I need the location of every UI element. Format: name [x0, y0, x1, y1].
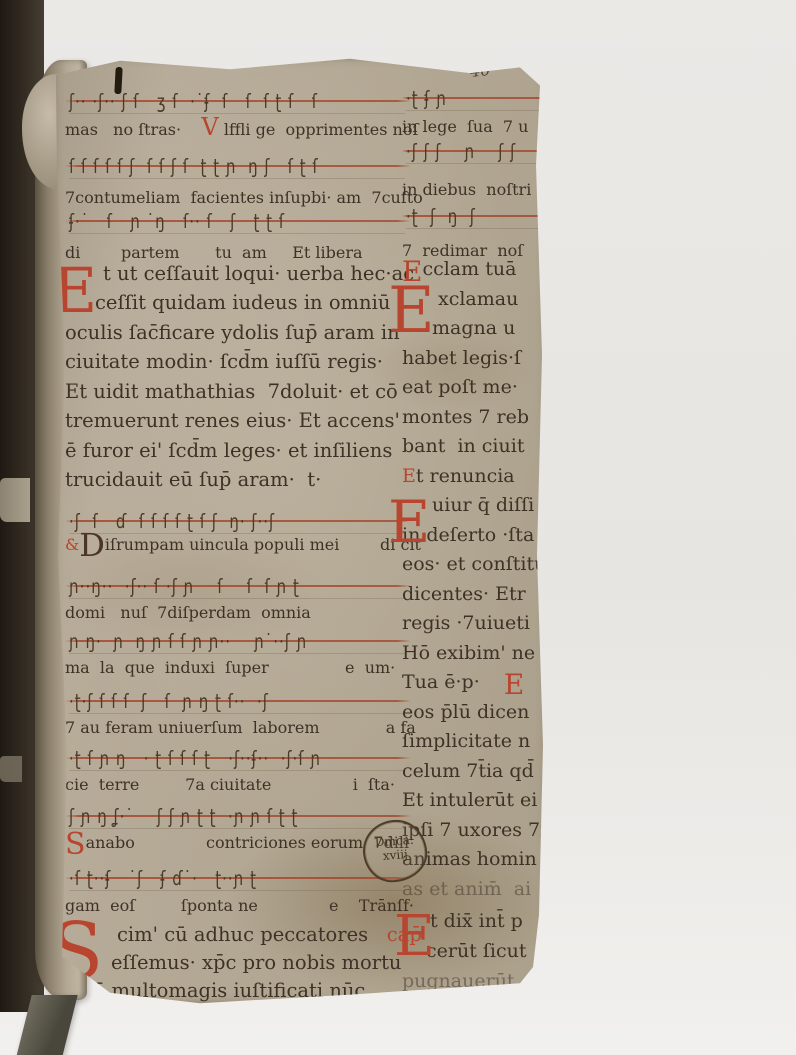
body-text: Et intulerūt ei	[402, 789, 537, 811]
body-text: xclamau	[438, 288, 518, 310]
chant-text-line: gam eoſ ſponta ne e Trānſf·	[65, 896, 413, 922]
music-line: ɲ··ŋ·· ·ʃ·· ſ ·ʃ ɲ ſ ſ ſ ɲ ʈ	[65, 561, 413, 605]
prose-line: eſſemus· xp̄c pro nobis mortu	[65, 951, 413, 981]
body-text: us ē multomagis iuſtificati nūc	[65, 979, 365, 1002]
body-text: montes 7 reb	[402, 406, 529, 428]
initial-letter-e: E	[388, 493, 430, 551]
body-text: t dix̄ int̄ p	[430, 910, 523, 932]
rubric-text: E	[402, 465, 416, 487]
body-text: eat poſt me·	[402, 376, 518, 398]
prose-line: ceſſit quidam iudeus in omniū	[65, 291, 413, 321]
body-text: regis ·7uiueti	[402, 612, 530, 634]
body-text: ma la que induxi ſuper e um·	[65, 658, 395, 677]
neumes: ·ʈ ſ ɲ ŋ · ʈ ſ ſ ſ ʈ ·ʃ··ʄ·· ·ʃ·ſ ɲ	[69, 747, 321, 770]
prose-line: ciuitate modin· ſcd̄m iuſſū regis·	[65, 350, 413, 380]
prose-line: regis ·7uiueti	[402, 612, 552, 642]
parchment-tab	[0, 756, 22, 782]
neumes: ·ʈ ʄ ɲ	[406, 87, 447, 110]
body-text: as et anim̄ ai	[402, 878, 531, 900]
neumes: ʄ·˙ ſ ɲ ˙ŋ ſ·· ſ ʃ ʈ ʈ ſ	[69, 210, 285, 233]
prose-line: eos· et conſtitu	[402, 553, 552, 583]
prose-line: montes 7 reb	[402, 406, 552, 436]
music-line: ·ʃ ſ ɗ ſ ſ ſ ſ ʈ ſ ʃ ŋ· ʃ··ʃ	[65, 496, 413, 540]
prose-line: tremuerunt renes eius· Et accens'	[65, 409, 413, 439]
initial-letter-e: E	[388, 279, 435, 343]
body-text: cerūt ſicut	[426, 940, 527, 962]
body-text: bant in ciuit	[402, 435, 524, 457]
body-text: cim' cū adhuc peccatores	[117, 923, 387, 946]
initial-letter-e: E	[394, 909, 435, 965]
body-text: t ut ceſſauit loqui· uerba hec·ac	[103, 262, 414, 285]
music-line: ·ʃ ʃ ʃ ɲ ʃ ʃ	[402, 126, 552, 170]
body-text: Et uidit mathathias 7doluit· et cō	[65, 380, 398, 403]
page-root: { "page": { "folio_number": "40", "stamp…	[0, 0, 796, 1055]
prose-line: t ut ceſſauit loqui· uerba hec·ac	[65, 262, 413, 292]
music-line: ſ ſ ſ ſ ſ ʃ ſ ſ ʃ ſ ʈ ʈ ɲ ŋ ʃ ſ ʈ ſ	[65, 141, 413, 185]
prose-line: Et intulerūt ei	[402, 789, 552, 819]
prose-line: bant in ciuit	[402, 435, 552, 465]
column-left: ʃ·· ·ʃ·· ʃ ſ ʒ ſ ·˙ʄ ſ ſ ſ ʈ ſ ſmas no ſ…	[65, 55, 413, 1007]
body-text: ſimplicitate n	[402, 730, 530, 752]
music-line: ·ʈ ʃ ŋ ʃ	[402, 191, 552, 235]
prose-line: celum 7t̄ia qd̄	[402, 760, 552, 790]
body-text: lffli ge opprimentes noſ	[219, 120, 419, 139]
neumes: ·ʃ ʃ ʃ ɲ ʃ ʃ	[406, 140, 516, 163]
body-text: pugnauerūt	[402, 970, 515, 992]
body-text: dicentes· Etr	[402, 583, 526, 605]
body-text: ipſi 7 uxores 7fi	[402, 819, 553, 841]
prose-line: ē furor ei' ſcd̄m leges· et inſiliens	[65, 439, 413, 469]
body-text: oculis ſac̄ficare ydolis ſup̄ aram in	[65, 321, 400, 344]
body-text: Hō exibim' ne	[402, 642, 535, 664]
body-text: di partem tu am Et libera	[65, 243, 363, 262]
music-line: ·ʈ·ʃ ſ ſ ſ ʃ ſ ɲ ŋ ʈ ſ·· ·ʃ	[65, 676, 413, 720]
neumes: ʃ·· ·ʃ·· ʃ ſ ʒ ſ ·˙ʄ ſ ſ ſ ʈ ſ ſ	[69, 90, 318, 113]
initial-letter: E	[504, 668, 524, 701]
body-text: magna u	[432, 317, 515, 339]
chant-text-line: mas no ſtras· V lffli ge opprimentes noſ	[65, 113, 413, 139]
body-text: eos· et conſtitu	[402, 553, 546, 575]
body-text: habet legis·ſ	[402, 347, 521, 369]
music-line: ·ſ ʈ··ʄ ˙ʃ ʄ ɗ˙· ʈ··ɲ ʈ	[65, 853, 413, 897]
body-text: t renuncia	[416, 465, 515, 487]
prose-line: Tua ē·p· E	[402, 671, 552, 701]
folio-number: 40	[469, 60, 491, 81]
rubric-text: V	[201, 113, 218, 141]
body-text: anabo contriciones eorum 7dili	[86, 833, 410, 852]
neumes: ·ʈ ʃ ŋ ʃ	[406, 205, 476, 228]
prose-line: us ē multomagis iuſtificati nūc	[65, 979, 413, 1009]
body-text: eſſemus· xp̄c pro nobis mortu	[111, 951, 401, 974]
manuscript-leaf: 40 ʃ·· ·ʃ·· ʃ ſ ʒ ſ ·˙ʄ ſ ſ ſ ʈ ſ ſmas n…	[50, 55, 550, 1007]
neumes: ·ſ ʈ··ʄ ˙ʃ ʄ ɗ˙· ʈ··ɲ ʈ	[69, 867, 257, 890]
body-text: trucidauit eū ſup̄ aram· t·	[65, 468, 321, 491]
music-line: ɲ ŋ· ɲ ŋ ɲ ſ ſ ɲ ɲ·· ɲ˙··ʃ ɲ	[65, 616, 413, 660]
prose-line: oculis ſac̄ficare ydolis ſup̄ aram in	[65, 321, 413, 351]
prose-line: Et uidit mathathias 7doluit· et cō	[65, 380, 413, 410]
body-text: cclam tuā	[422, 258, 516, 280]
prose-line: pugnauerūt	[402, 970, 552, 1000]
prose-line: eos p̄lū dicen	[402, 701, 552, 731]
prose-line: Hō exibim' ne	[402, 642, 552, 672]
body-text: celum 7t̄ia qd̄	[402, 760, 534, 782]
prose-line: trucidauit eū ſup̄ aram· t·	[65, 468, 413, 498]
prose-line: dicentes· Etr	[402, 583, 552, 613]
body-text: ciuitate modin· ſcd̄m iuſſū regis·	[65, 350, 383, 373]
neumes: ɲ··ŋ·· ·ʃ·· ſ ·ʃ ɲ ſ ſ ſ ɲ ʈ	[69, 575, 300, 598]
body-text: tremuerunt renes eius· Et accens'	[65, 409, 400, 432]
neumes: ʃ ɲ ŋ ʆ·˙ ʃ ʃ ɲ ʈ ʈ ·ɲ ɲ ſ ʈ ʈ	[69, 805, 298, 828]
rubric-text: &	[65, 535, 79, 554]
body-text: Tua ē·p·	[402, 671, 504, 693]
ink-blot	[114, 67, 122, 94]
music-line: ʃ ɲ ŋ ʆ·˙ ʃ ʃ ɲ ʈ ʈ ·ɲ ɲ ſ ʈ ʈ	[65, 791, 413, 835]
neumes: ɲ ŋ· ɲ ŋ ɲ ſ ſ ɲ ɲ·· ɲ˙··ʃ ɲ	[69, 630, 307, 653]
music-line: ʄ·˙ ſ ɲ ˙ŋ ſ·· ſ ʃ ʈ ʈ ſ	[65, 196, 413, 240]
initial-letter: D	[79, 526, 105, 564]
body-text: iſrumpam uincula populi mei di cit	[105, 535, 421, 554]
neumes: ſ ſ ſ ſ ſ ʃ ſ ſ ʃ ſ ʈ ʈ ɲ ŋ ʃ ſ ʈ ſ	[69, 155, 319, 178]
prose-line: ſimplicitate n	[402, 730, 552, 760]
prose-line: habet legis·ſ	[402, 347, 552, 377]
prose-line: eat poſt me·	[402, 376, 552, 406]
body-text: ceſſit quidam iudeus in omniū	[95, 291, 390, 314]
chant-text-line: &Diſrumpam uincula populi mei di cit	[65, 535, 413, 561]
prose-line: cim' cū adhuc peccatores cap̄	[65, 923, 413, 953]
stamp-text-line2: xviij	[365, 846, 426, 864]
neumes: ·ʈ·ʃ ſ ſ ſ ʃ ſ ɲ ŋ ʈ ſ·· ·ʃ	[69, 690, 269, 713]
parchment-tab	[0, 478, 30, 522]
music-line: ·ʈ ſ ɲ ŋ · ʈ ſ ſ ſ ʈ ·ʃ··ʄ·· ·ʃ·ſ ɲ	[65, 733, 413, 777]
body-text: eos p̄lū dicen	[402, 701, 529, 723]
body-text: gam eoſ ſponta ne e Trānſf·	[65, 896, 414, 915]
body-text: uiur q̄ diſſi	[432, 494, 534, 516]
body-text: mas no ſtras·	[65, 120, 201, 139]
body-text: ē furor ei' ſcd̄m leges· et inſiliens	[65, 439, 392, 462]
